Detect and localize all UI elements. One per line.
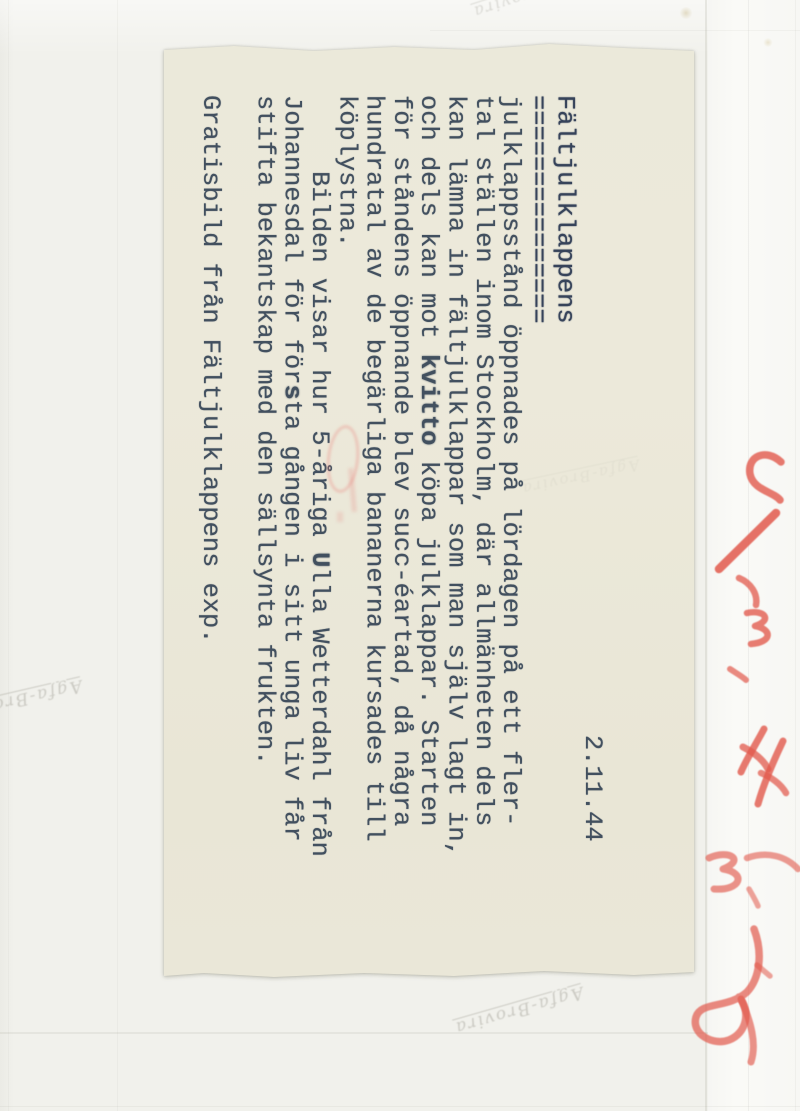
caption-line: tal ställen inom Stockholm, där allmänhe… <box>470 95 497 867</box>
red-bleed-mark <box>337 512 343 522</box>
crayon-stroke <box>749 889 758 906</box>
crayon-stroke <box>739 578 756 605</box>
caption-line: hundratal av de begärliga bananerna kurs… <box>360 95 387 867</box>
caption-sheet: 2.11.44Fältjulklappens===============jul… <box>164 44 694 978</box>
crease-line <box>430 30 800 31</box>
crease-line <box>0 1032 708 1034</box>
crayon-stroke <box>730 669 746 680</box>
crease-line <box>8 0 9 1111</box>
caption-line: Johannesdal för första gången i sitt ung… <box>278 95 305 867</box>
red-crayon-annotation <box>680 420 800 1080</box>
caption-sheet-paper: 2.11.44Fältjulklappens===============jul… <box>164 44 694 978</box>
crayon-stroke <box>750 455 781 500</box>
paper-stain <box>763 38 773 47</box>
caption-line: stifta bekantskap med den sällsynta fruk… <box>251 95 278 867</box>
caption-line: Gratisbild från Fältjulklappens exp. <box>197 95 224 867</box>
crease-line <box>117 0 118 1111</box>
caption-line: och dels kan mot kvitto köpa julklappar.… <box>415 95 442 867</box>
caption-line: för ståndens öppnande blev succ-éartad, … <box>388 95 415 867</box>
photo-scan: 2.11.44Fältjulklappens===============jul… <box>0 0 800 1111</box>
caption-line: kan lämna in fältjulklappar som man själ… <box>442 95 469 867</box>
crayon-stroke <box>747 612 768 644</box>
crayon-stroke <box>709 855 738 890</box>
paper-stain <box>679 7 693 19</box>
caption-line <box>224 95 251 867</box>
crayon-stroke <box>747 855 798 869</box>
crayon-stroke <box>719 513 776 569</box>
crease-line <box>0 1106 800 1107</box>
